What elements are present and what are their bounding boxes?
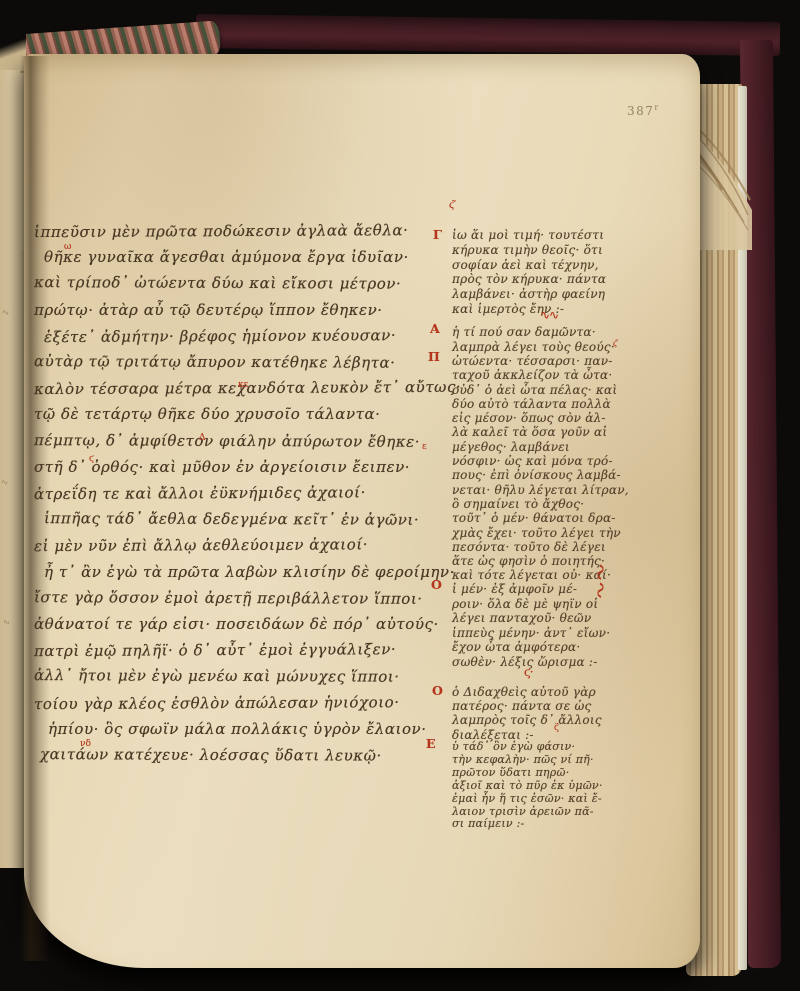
commentary-line: κήρυκα τιμὴν θεοῖς· ὅτι: [452, 243, 654, 258]
commentary-line: λαμβάνει· ἀστὴρ φαείνη: [452, 287, 654, 302]
folio-recto-mark: r: [654, 103, 658, 112]
commentary-line: οὐδ᾽ ὁ ἀεὶ ὦτα πέλας· καὶ: [452, 383, 654, 397]
commentary-line: ροιν· ὅλα δὲ μὲ ψηϊν οἱ: [452, 597, 654, 612]
folio-number: 387r: [627, 103, 658, 118]
main-text-line: ἠπίου· ὃς σφωϊν μάλα πολλάκις ὑγρὸν ἔλαι…: [34, 716, 448, 742]
main-text-line: ἀθάνατοί τε γάρ εἰσι· ποσειδάων δὲ πόρ᾽ …: [34, 611, 448, 637]
commentary-line: ταχοῦ ἀκκλείζον τὰ ὦτα·: [452, 368, 654, 382]
commentary-block: ἰ μέν· ἐξ ἀμφοῖν μέ-ροιν· ὅλα δὲ μὲ ψηϊν…: [452, 582, 654, 669]
commentary-line: ἅτε ὡς φησὶν ὁ ποιητής·: [452, 554, 654, 568]
commentary-block: ὑ τάδ᾽ ὃν ἐγὼ φάσιν·τὴν κεφαλὴν· πῶς νί …: [452, 741, 654, 831]
show-through-ink: ∿: [0, 477, 11, 489]
main-text-line: πρώτῳ· ἀτὰρ αὖ τῷ δευτέρῳ ἵππον ἔθηκεν·: [34, 297, 448, 323]
commentary-line: πεσόντα· τοῦτο δὲ λέγει: [452, 540, 654, 554]
commentary-line: λαμπρὰ λέγει τοὺς θεούς·: [452, 340, 654, 355]
commentary-line: τοῦτ᾽ ὁ μέν· θάνατοι δρα-: [452, 511, 654, 525]
commentary-line: ὠτώεντα· τέσσαρσι· παν-: [452, 354, 654, 368]
commentary-line: καὶ τότε λέγεται οὐ· καί·: [452, 568, 654, 582]
commentary-line: νεται· θῆλυ λέγεται λίτραν,: [452, 483, 654, 497]
commentary-line: εἰς μέσον· ὅπως σὸν ἀλ-: [452, 411, 654, 425]
commentary-line: ἔχον ὦτα ἀμφότερα·: [452, 640, 654, 655]
commentary-line: τὴν κεφαλὴν· πῶς νί πῆ·: [452, 754, 654, 767]
commentary-line: ἐμαὶ ἦν ἥ τις ἐσῶν· καὶ ἔ-: [452, 793, 654, 806]
main-text-line: ἑξέτε᾽ ἀδμήτην· βρέφος ἡμίονον κυέουσαν·: [34, 322, 448, 350]
commentary-line: χμὰς ἔχει· τοῦτο λέγει τὴν: [452, 526, 654, 540]
manuscript-photo: ∿ ∿ ∿ 387r ἱππεῦσιν μὲν πρῶτα ποδώκεσιν …: [0, 0, 800, 991]
commentary-line: πατέρος· πάντα σε ὡς: [452, 699, 654, 713]
main-text-line: καλὸν τέσσαρα μέτρα κεχανδότα λευκὸν ἔτ᾽…: [34, 374, 448, 402]
commentary-line: ὁ Διδαχθεὶς αὐτοῦ γὰρ: [452, 685, 654, 699]
commentary-block: ὠτώεντα· τέσσαρσι· παν-ταχοῦ ἀκκλείζον τ…: [452, 354, 654, 583]
commentary-block: ἱω ἅι μοὶ τιμή· τουτέστικήρυκα τιμὴν θεο…: [452, 228, 654, 317]
commentary-line: μέγεθος· λαμβάνει: [452, 440, 654, 454]
main-text-line: στῆ δ᾽ ὀρθός· καὶ μῦθον ἐν ἀργείοισιν ἔε…: [34, 454, 448, 480]
main-text-line: τῷ δὲ τετάρτῳ θῆκε δύο χρυσοῖο τάλαντα·: [34, 401, 448, 427]
commentary-line: σοφίαν ἀεὶ καὶ τέχνην,: [452, 258, 654, 273]
main-text-line: θῆκε γυναῖκα ἄγεσθαι ἀμύμονα ἔργα ἰδυῖαν…: [34, 244, 448, 270]
main-text-line: πέμπτῳ, δ᾽ ἀμφίθετον φιάλην ἀπύρωτον ἔθη…: [34, 427, 448, 455]
commentary-line: πρὸς τὸν κήρυκα· πάντα: [452, 272, 654, 287]
show-through-ink: ∿: [1, 307, 12, 319]
main-text-line: ἱππεῦσιν μὲν πρῶτα ποδώκεσιν ἀγλαὰ ἄεθλα…: [34, 217, 448, 245]
commentary-line: ἱω ἅι μοὶ τιμή· τουτέστι: [452, 228, 654, 243]
main-text-line: ἀλλ᾽ ἤτοι μὲν ἐγὼ μενέω καὶ μώνυχες ἵππο…: [34, 663, 448, 691]
commentary-line: λέγει πανταχοῦ· θεῶν: [452, 611, 654, 626]
show-through-ink: ∿: [2, 617, 13, 629]
commentary-line: πους· ἐπὶ ὀνίσκους λαμβά-: [452, 468, 654, 482]
commentary-line: ἡ τί πού σαν δαμῶντα·: [452, 325, 654, 340]
commentary-line: σωθὲν· λέξις ὥρισμα :-: [452, 655, 654, 670]
commentary-block: ὁ Διδαχθεὶς αὐτοῦ γὰρπατέρος· πάντα σε ὡ…: [452, 685, 654, 742]
main-text-line: ἦ τ᾽ ἂν ἐγὼ τὰ πρῶτα λαβὼν κλισίην δὲ φε…: [34, 559, 448, 585]
main-text-line: χαιτάων κατέχευε· λοέσσας ὕδατι λευκῷ·: [34, 741, 448, 769]
main-text-line: ἱππῆας τάδ᾽ ἄεθλα δεδεγμένα κεῖτ᾽ ἐν ἀγῶ…: [34, 505, 448, 533]
commentary-line: σι παίμειν :-: [452, 818, 654, 831]
commentary-line: ὃ σημαίνει τὸ ἄχθος·: [452, 497, 654, 511]
main-text-line: εἰ μὲν νῦν ἐπὶ ἄλλῳ ἀεθλεύοιμεν ἀχαιοί·: [34, 531, 448, 559]
commentary-line: ἀξιοῖ καὶ τὸ πῦρ ἐκ ὑμῶν·: [452, 780, 654, 793]
main-text-line: ἀτρεΐδη τε καὶ ἄλλοι ἐϋκνήμιδες ἀχαιοί·: [34, 479, 448, 507]
commentary-block: ἡ τί πού σαν δαμῶντα·λαμπρὰ λέγει τοὺς θ…: [452, 325, 654, 355]
main-text: ἱππεῦσιν μὲν πρῶτα ποδώκεσιν ἀγλαὰ ἄεθλα…: [34, 218, 448, 768]
main-text-line: πατρὶ ἐμῷ πηλῆϊ· ὁ δ᾽ αὖτ᾽ ἐμοὶ ἐγγυάλιξ…: [34, 636, 448, 664]
main-text-line: καὶ τρίποδ᾽ ὠτώεντα δύω καὶ εἴκοσι μέτρο…: [34, 270, 448, 298]
commentary-line: ἰ μέν· ἐξ ἀμφοῖν μέ-: [452, 582, 654, 597]
commentary-line: λαμπρὸς τοῖς δ᾽ ἄλλοις: [452, 713, 654, 727]
commentary-line: ἱππεὺς μένην· ἀντ᾽ εἴων·: [452, 626, 654, 641]
main-text-line: ἴστε γὰρ ὅσσον ἐμοὶ ἀρετῇ περιβάλλετον ἵ…: [34, 584, 448, 612]
commentary-line: καὶ ἱμερτὸς ἔην :-: [452, 302, 654, 317]
folio-digits: 387: [627, 104, 654, 118]
main-text-line: τοίου γὰρ κλέος ἐσθλὸν ἀπώλεσαν ἡνιόχοιο…: [34, 689, 448, 717]
commentary-line: πρῶτον ὕδατι πηρῶ·: [452, 767, 654, 780]
main-text-line: αὐτὰρ τῷ τριτάτῳ ἄπυρον κατέθηκε λέβητα·: [34, 348, 448, 376]
commentary-line: νόσφιν· ὡς καὶ μόνα τρό-: [452, 454, 654, 468]
commentary-line: λὰ καλεῖ τὰ ὅσα γοῦν αἱ: [452, 425, 654, 439]
commentary-line: δύο αὐτὸ τάλαντα πολλὰ: [452, 397, 654, 411]
commentary-line: ὑ τάδ᾽ ὃν ἐγὼ φάσιν·: [452, 741, 654, 754]
